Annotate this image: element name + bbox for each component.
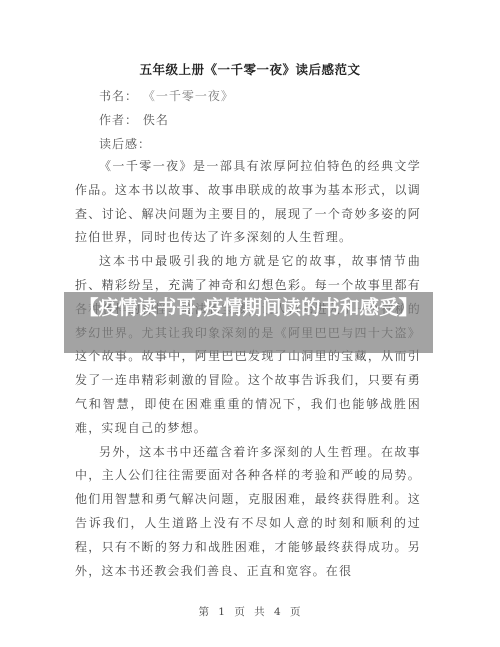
book-name-label: 书名： — [99, 89, 138, 103]
author-value: 佚名 — [143, 113, 169, 127]
review-body: 《一千零一夜》是一部具有浓厚阿拉伯特色的经典文学作品。这本书以故事、故事串联成的… — [75, 155, 421, 583]
document-title: 五年级上册《一千零一夜》读后感范文 — [0, 60, 500, 78]
review-label: 读后感： — [99, 135, 151, 152]
paragraph-1: 《一千零一夜》是一部具有浓厚阿拉伯特色的经典文学作品。这本书以故事、故事串联成的… — [75, 155, 421, 250]
headline-overlay-text: 【疫情读书哥,疫情期间读的书和感受】 — [64, 294, 433, 321]
author-row: 作者： 佚名 — [99, 111, 169, 128]
author-label: 作者： — [99, 113, 138, 127]
book-name-row: 书名： 《一千零一夜》 — [99, 87, 234, 104]
book-name-value: 《一千零一夜》 — [143, 89, 234, 103]
page-footer: 第 1 页 共 4 页 — [0, 604, 500, 619]
paragraph-3: 另外，这本书中还蕴含着许多深刻的人生哲理。在故事中，主人公们往往需要面对各种各样… — [75, 441, 421, 584]
